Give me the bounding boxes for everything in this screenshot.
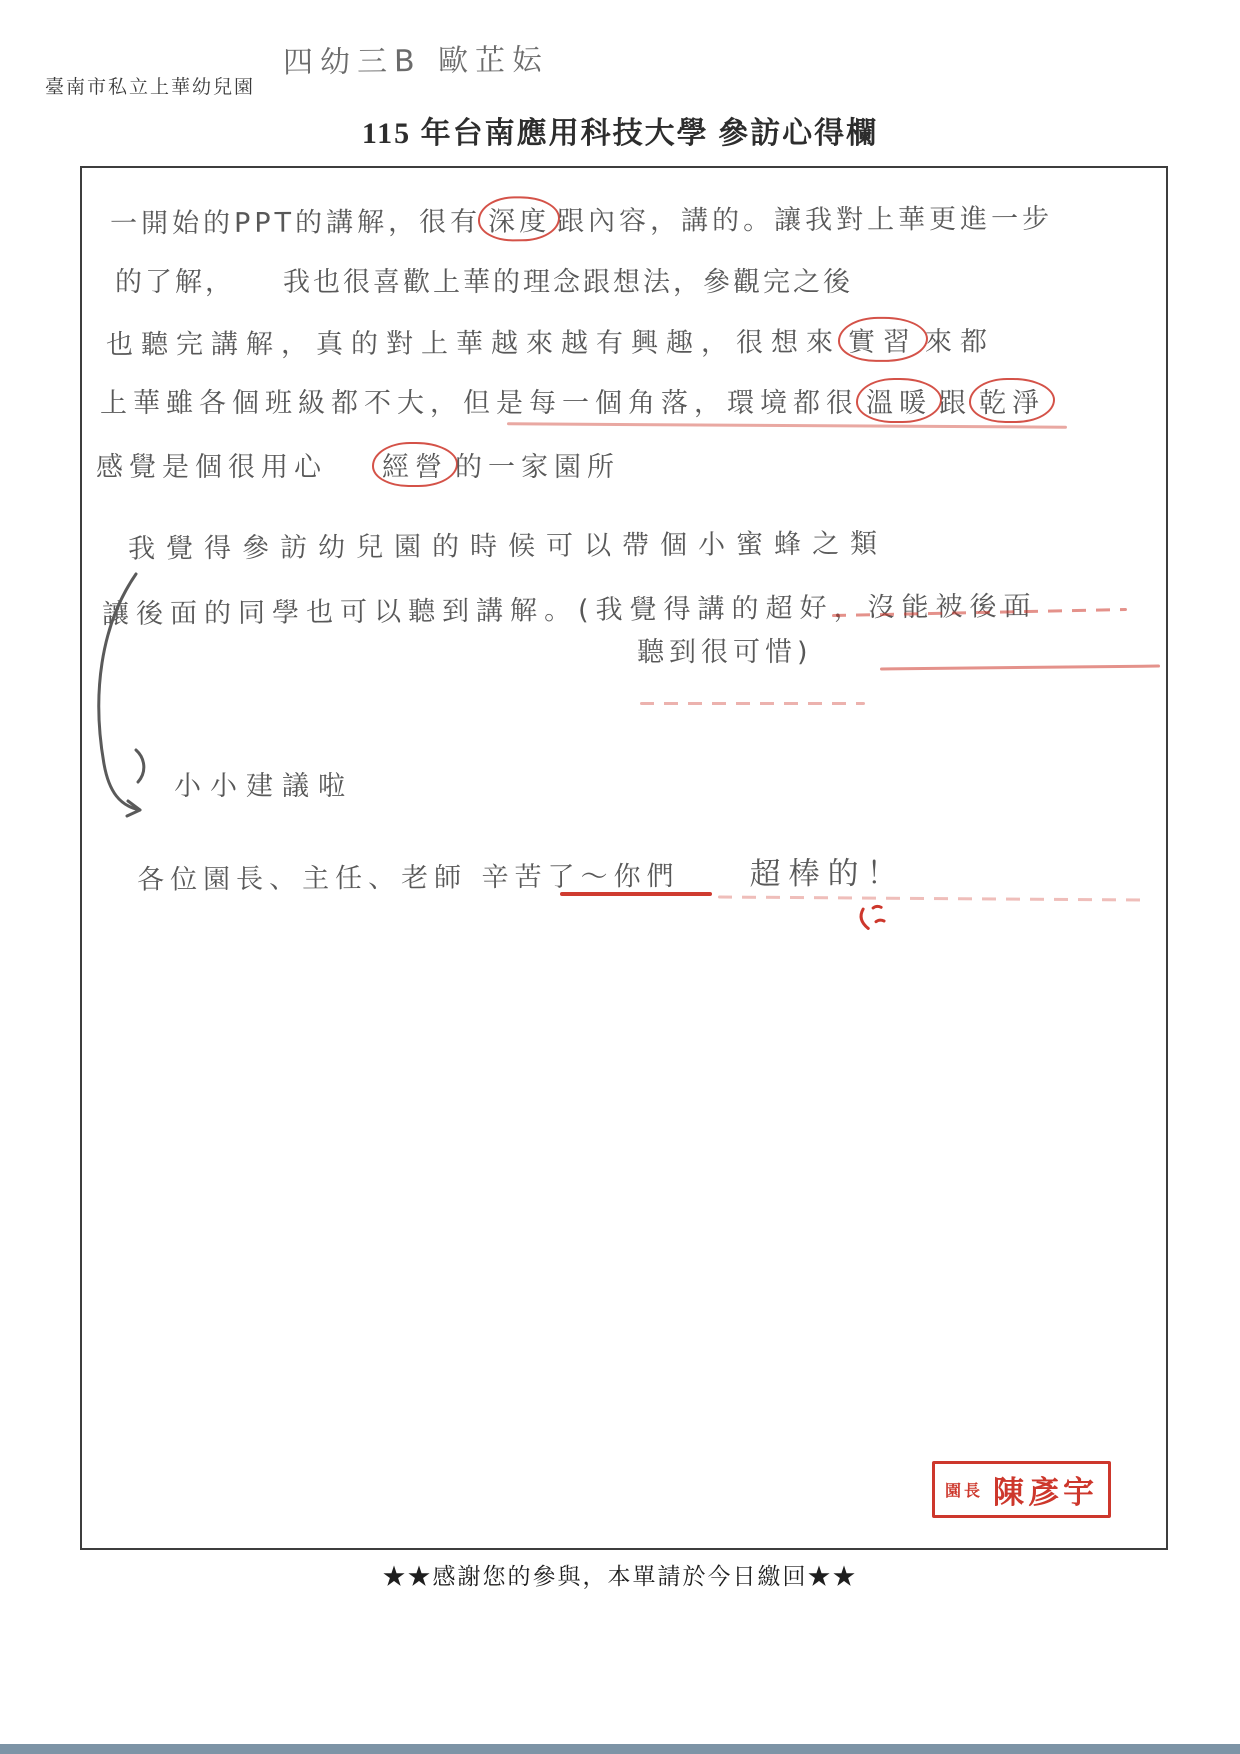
red-circled-word: 溫暖 — [856, 378, 942, 423]
essay-text: 跟內容，講的。讓我對上華更進一步 — [557, 204, 1053, 238]
curved-bracket-arrow-icon — [86, 566, 158, 836]
red-circled-word: 深度 — [478, 196, 560, 241]
essay-line: 上華雖各個班級都不大，但是每一個角落，環境都很溫暖跟乾淨 — [100, 380, 1052, 421]
essay-text: 的一家園所 — [455, 452, 620, 483]
student-class-and-name: 四幼三B 歐芷妘 — [283, 35, 550, 82]
red-underline — [560, 892, 712, 896]
footer-note: ★★感謝您的參與，本單請於今日繳回★★ — [0, 1558, 1240, 1591]
essay-line: 各位園長、主任、老師 辛苦了～你們超棒的！ — [137, 847, 906, 897]
scan-edge-strip — [0, 1744, 1240, 1754]
essay-line: 小小建議啦 — [174, 764, 354, 803]
essay-text: 一開始的PPT的講解，很有 — [110, 207, 481, 240]
red-circled-word: 經營 — [372, 442, 458, 487]
essay-text: 來都 — [925, 326, 995, 357]
scanned-feedback-form: 四幼三B 歐芷妘 臺南市私立上華幼兒園 115 年台南應用科技大學 參訪心得欄 … — [0, 0, 1240, 1754]
page-title: 115 年台南應用科技大學 參訪心得欄 — [0, 108, 1240, 152]
essay-text-emphasis: 超棒的！ — [749, 855, 905, 892]
school-name: 臺南市私立上華幼兒園 — [45, 72, 255, 99]
essay-line: 感覺是個很用心經營的一家園所 — [96, 444, 620, 485]
essay-text: 我也很喜歡上華的理念跟想法，參觀完之後 — [283, 267, 853, 298]
red-circled-word: 實習 — [838, 317, 928, 362]
essay-text: 也聽完講解，真的對上華越來越有興趣，很想來 — [106, 327, 841, 361]
essay-line: 一開始的PPT的講解，很有深度跟內容，講的。讓我對上華更進一步 — [110, 196, 1053, 242]
red-dash-marks — [718, 895, 1148, 901]
essay-text: 感覺是個很用心 — [96, 452, 327, 483]
red-underline — [507, 422, 1067, 428]
smiley-icon — [851, 894, 896, 939]
essay-text: 的了解， — [115, 267, 235, 298]
essay-line: 聽到很可惜) — [637, 630, 813, 669]
essay-box: 一開始的PPT的講解，很有深度跟內容，講的。讓我對上華更進一步 的了解，我也很喜… — [80, 166, 1168, 1550]
essay-line: 的了解，我也很喜歡上華的理念跟想法，參觀完之後 — [115, 260, 853, 299]
red-dash-marks — [640, 702, 865, 705]
red-circled-word: 乾淨 — [969, 378, 1055, 423]
essay-text: 上華雖各個班級都不大，但是每一個角落，環境都很 — [100, 388, 859, 419]
essay-line: 讓後面的同學也可以聽到講解。(我覺得講的超好，沒能被後面 — [102, 584, 1038, 631]
essay-text: 各位園長、主任、老師 辛苦了～你們 — [137, 861, 680, 896]
red-underline — [880, 665, 1160, 671]
essay-line: 我覺得參訪幼兒園的時候可以帶個小蜜蜂之類 — [128, 521, 888, 565]
stamp-name: 陳彥宇 — [993, 1467, 1098, 1512]
director-stamp: 園長 陳彥宇 — [932, 1461, 1111, 1518]
essay-line: 也聽完講解，真的對上華越來越有興趣，很想來實習來都 — [106, 318, 995, 362]
stamp-title: 園長 — [945, 1478, 983, 1501]
essay-text: 跟 — [939, 388, 972, 419]
